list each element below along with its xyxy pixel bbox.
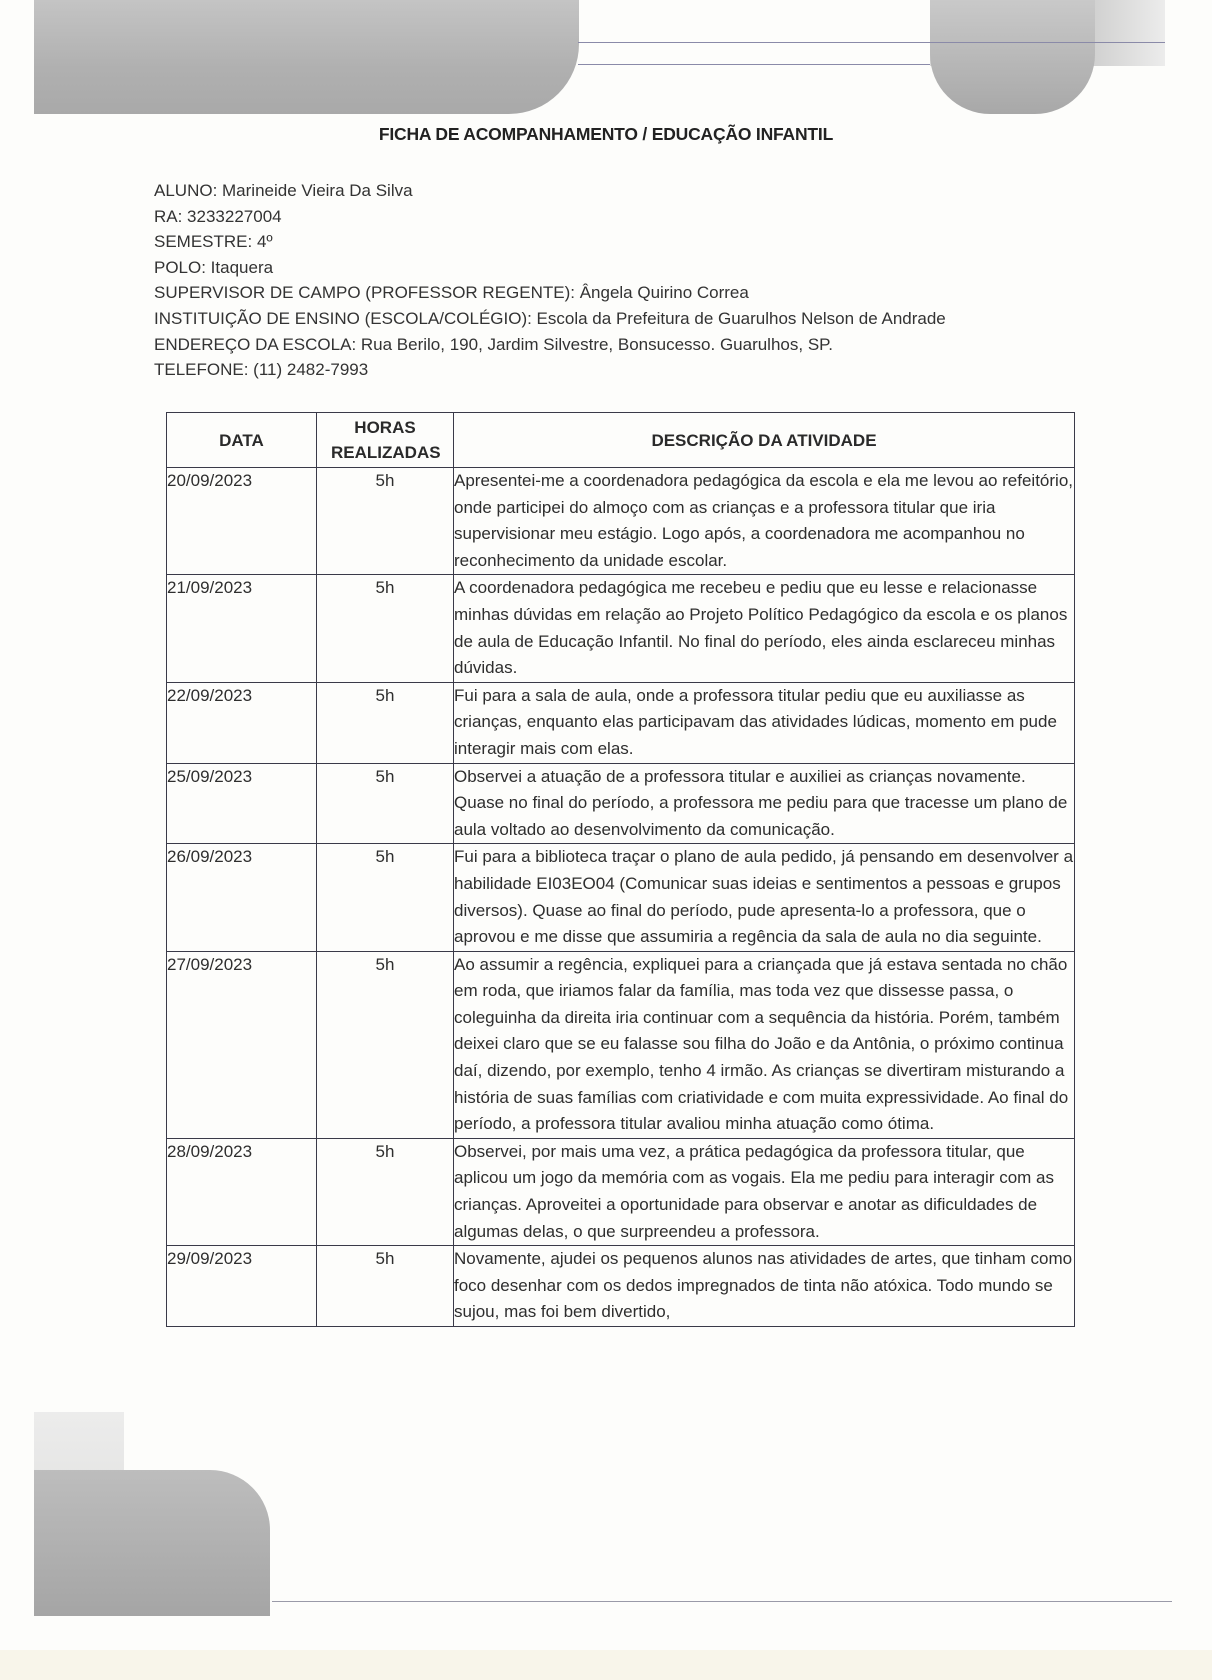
row-description: Fui para a sala de aula, onde a professo… xyxy=(454,682,1075,763)
decorative-header-line xyxy=(578,64,930,65)
row-date: 28/09/2023 xyxy=(167,1138,317,1245)
table-row: 20/09/20235hApresentei-me a coordenadora… xyxy=(167,468,1075,575)
row-hours: 5h xyxy=(317,1138,454,1245)
header-description: DESCRIÇÃO DA ATIVIDADE xyxy=(454,413,1075,468)
row-description: Ao assumir a regência, expliquei para a … xyxy=(454,951,1075,1138)
row-hours: 5h xyxy=(317,575,454,682)
row-date: 21/09/2023 xyxy=(167,575,317,682)
info-semester: SEMESTRE: 4º xyxy=(154,229,946,255)
info-ra: RA: 3233227004 xyxy=(154,204,946,230)
activities-table: DATA HORAS REALIZADAS DESCRIÇÃO DA ATIVI… xyxy=(166,412,1075,1327)
row-hours: 5h xyxy=(317,682,454,763)
row-description: A coordenadora pedagógica me recebeu e p… xyxy=(454,575,1075,682)
row-date: 26/09/2023 xyxy=(167,844,317,951)
decorative-header-shape-right xyxy=(930,0,1095,114)
page-edge xyxy=(0,1650,1212,1680)
decorative-footer-shape xyxy=(34,1470,270,1616)
table-row: 28/09/20235hObservei, por mais uma vez, … xyxy=(167,1138,1075,1245)
table-row: 22/09/20235hFui para a sala de aula, ond… xyxy=(167,682,1075,763)
row-description: Novamente, ajudei os pequenos alunos nas… xyxy=(454,1246,1075,1327)
table-row: 21/09/20235hA coordenadora pedagógica me… xyxy=(167,575,1075,682)
decorative-footer-line xyxy=(272,1601,1172,1602)
header-hours: HORAS REALIZADAS xyxy=(317,413,454,468)
row-hours: 5h xyxy=(317,1246,454,1327)
row-date: 29/09/2023 xyxy=(167,1246,317,1327)
info-supervisor: SUPERVISOR DE CAMPO (PROFESSOR REGENTE):… xyxy=(154,280,946,306)
row-hours: 5h xyxy=(317,468,454,575)
document-title: FICHA DE ACOMPANHAMENTO / EDUCAÇÃO INFAN… xyxy=(0,124,1212,145)
row-description: Observei a atuação de a professora titul… xyxy=(454,763,1075,844)
info-polo: POLO: Itaquera xyxy=(154,255,946,281)
table-row: 27/09/20235hAo assumir a regência, expli… xyxy=(167,951,1075,1138)
info-phone: TELEFONE: (11) 2482-7993 xyxy=(154,357,946,383)
info-school-address: ENDEREÇO DA ESCOLA: Rua Berilo, 190, Jar… xyxy=(154,332,946,358)
decorative-header-line xyxy=(578,42,1165,43)
decorative-header-shape-left xyxy=(34,0,579,114)
table-row: 25/09/20235hObservei a atuação de a prof… xyxy=(167,763,1075,844)
table-row: 29/09/20235hNovamente, ajudei os pequeno… xyxy=(167,1246,1075,1327)
row-description: Observei, por mais uma vez, a prática pe… xyxy=(454,1138,1075,1245)
row-hours: 5h xyxy=(317,844,454,951)
row-date: 22/09/2023 xyxy=(167,682,317,763)
row-date: 20/09/2023 xyxy=(167,468,317,575)
row-hours: 5h xyxy=(317,951,454,1138)
student-info: ALUNO: Marineide Vieira Da Silva RA: 323… xyxy=(154,178,946,383)
row-description: Apresentei-me a coordenadora pedagógica … xyxy=(454,468,1075,575)
row-date: 25/09/2023 xyxy=(167,763,317,844)
table-header-row: DATA HORAS REALIZADAS DESCRIÇÃO DA ATIVI… xyxy=(167,413,1075,468)
header-date: DATA xyxy=(167,413,317,468)
row-hours: 5h xyxy=(317,763,454,844)
row-date: 27/09/2023 xyxy=(167,951,317,1138)
table-row: 26/09/20235hFui para a biblioteca traçar… xyxy=(167,844,1075,951)
info-student-name: ALUNO: Marineide Vieira Da Silva xyxy=(154,178,946,204)
info-institution: INSTITUIÇÃO DE ENSINO (ESCOLA/COLÉGIO): … xyxy=(154,306,946,332)
row-description: Fui para a biblioteca traçar o plano de … xyxy=(454,844,1075,951)
